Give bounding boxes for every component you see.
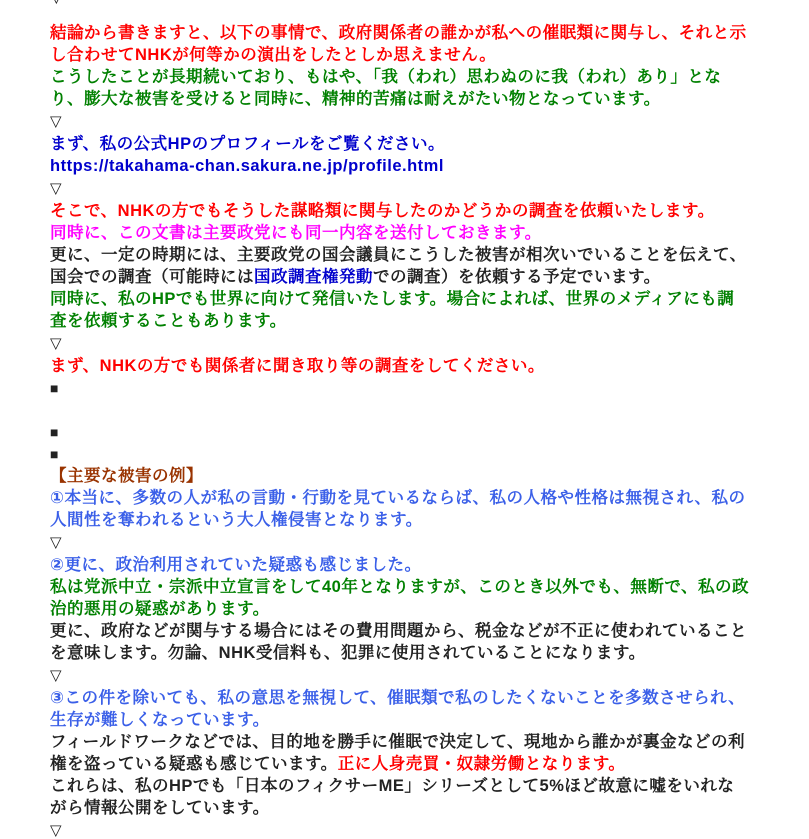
text-segment: ▽: [50, 822, 62, 839]
text-segment: 私は党派中立・宗派中立宣言をして40年となりますが、このとき以外でも、無断で、私…: [50, 578, 749, 596]
text-line: まず、NHKの方でも関係者に聞き取り等の調査をしてください。: [50, 355, 779, 377]
text-segment: り、膨大な被害を受けると同時に、精神的苦痛は耐えがたい物となっています。: [50, 90, 661, 108]
text-line: まず、私の公式HPのプロフィールをご覧ください。: [50, 133, 779, 155]
text-segment: 国政調査権発動: [254, 268, 373, 286]
text-line: 治的悪用の疑惑があります。: [50, 598, 779, 620]
text-line: ②更に、政治利用されていた疑惑も感じました。: [50, 554, 779, 576]
triangle-marker: ▽: [50, 819, 779, 839]
text-line: 生存が難しくなっています。: [50, 709, 779, 731]
text-segment: し合わせてNHKが何等かの演出をしたとしか思えません。: [50, 46, 496, 64]
document-body: ▽結論から書きますと、以下の事情で、政府関係者の誰かが私への催眠類に関与し、それ…: [0, 0, 809, 839]
text-line: 更に、政府などが関与する場合にはその費用問題から、税金などが不正に使われているこ…: [50, 620, 779, 642]
text-line: これらは、私のHPでも「日本のフィクサーME」シリーズとして5%ほど故意に嘘をい…: [50, 775, 779, 797]
text-segment: 同時に、私のHPでも世界に向けて発信いたします。場合によれば、世界のメディアにも…: [50, 290, 734, 308]
text-line: 同時に、私のHPでも世界に向けて発信いたします。場合によれば、世界のメディアにも…: [50, 288, 779, 310]
text-line: がら情報公開をしています。: [50, 797, 779, 819]
text-segment: での調査）を依頼する予定でいます。: [373, 268, 661, 286]
text-line: 査を依頼することもあります。: [50, 310, 779, 332]
text-line: り、膨大な被害を受けると同時に、精神的苦痛は耐えがたい物となっています。: [50, 88, 779, 110]
text-segment: ▽: [50, 113, 62, 130]
text-segment: 査を依頼することもあります。: [50, 312, 287, 330]
text-segment: ■: [50, 424, 59, 440]
text-segment: そこで、NHKの方でもそうした謀略類に関与したのかどうかの調査を依頼いたします。: [50, 202, 715, 220]
text-segment: 国会での調査（可能時には: [50, 268, 254, 286]
text-segment: ▽: [50, 335, 62, 352]
triangle-marker: ▽: [50, 664, 779, 687]
text-segment: がら情報公開をしています。: [50, 799, 270, 817]
text-line: フィールドワークなどでは、目的地を勝手に催眠で決定して、現地から誰かが裏金などの…: [50, 731, 779, 753]
text-segment: ▽: [50, 667, 62, 684]
text-line: そこで、NHKの方でもそうした謀略類に関与したのかどうかの調査を依頼いたします。: [50, 200, 779, 222]
text-segment: ③この件を除いても、私の意思を無視して、催眠類で私のしたくないことを多数させられ…: [50, 689, 745, 707]
square-bullet: ■: [50, 377, 779, 399]
text-segment: 同時に、この文書は主要政党にも同一内容を送付しておきます。: [50, 224, 542, 242]
triangle-marker: ▽: [50, 332, 779, 355]
text-segment: 権を盗っている疑惑も感じています。: [50, 755, 338, 773]
text-segment: ▽: [50, 534, 62, 551]
text-line: を意味します。勿論、NHK受信料も、犯罪に使用されていることになります。: [50, 642, 779, 664]
text-segment: 更に、一定の時期には、主要政党の国会議員にこうした被害が相次いでいることを伝えて…: [50, 246, 747, 264]
text-segment: フィールドワークなどでは、目的地を勝手に催眠で決定して、現地から誰かが裏金などの…: [50, 733, 745, 751]
text-segment: 治的悪用の疑惑があります。: [50, 600, 270, 618]
text-line: し合わせてNHKが何等かの演出をしたとしか思えません。: [50, 44, 779, 66]
text-segment: まず、私の公式HPのプロフィールをご覧ください。: [50, 135, 445, 153]
text-segment: ■: [50, 380, 59, 396]
text-line: ①本当に、多数の人が私の言動・行動を見ているならば、私の人格や性格は無視され、私…: [50, 487, 779, 509]
text-line: 権を盗っている疑惑も感じています。正に人身売買・奴隷労働となります。: [50, 753, 779, 775]
text-line: 結論から書きますと、以下の事情で、政府関係者の誰かが私への催眠類に関与し、それと…: [50, 22, 779, 44]
text-line: 国会での調査（可能時には国政調査権発動での調査）を依頼する予定でいます。: [50, 266, 779, 288]
text-segment: ②更に、政治利用されていた疑惑も感じました。: [50, 556, 421, 574]
text-segment: まず、NHKの方でも関係者に聞き取り等の調査をしてください。: [50, 357, 545, 375]
profile-url-text[interactable]: https://takahama-chan.sakura.ne.jp/profi…: [50, 157, 444, 175]
text-segment: ▽: [50, 0, 779, 8]
text-segment: 生存が難しくなっています。: [50, 711, 270, 729]
text-line: こうしたことが長期続いており、もはや、「我（われ）思わぬのに我（われ）あり」とな: [50, 66, 779, 88]
text-segment: こうしたことが長期続いており、もはや、「我（われ）思わぬのに我（われ）あり」とな: [50, 68, 721, 86]
square-bullet: ■: [50, 421, 779, 443]
triangle-marker-partial: ▽: [50, 0, 779, 22]
text-line: 更に、一定の時期には、主要政党の国会議員にこうした被害が相次いでいることを伝えて…: [50, 244, 779, 266]
triangle-marker: ▽: [50, 177, 779, 200]
text-segment: ①本当に、多数の人が私の言動・行動を見ているならば、私の人格や性格は無視され、私…: [50, 489, 745, 507]
section-heading: 【主要な被害の例】: [50, 465, 779, 487]
blank-line: [50, 399, 779, 421]
text-line: 私は党派中立・宗派中立宣言をして40年となりますが、このとき以外でも、無断で、私…: [50, 576, 779, 598]
text-line: ③この件を除いても、私の意思を無視して、催眠類で私のしたくないことを多数させられ…: [50, 687, 779, 709]
text-segment: 結論から書きますと、以下の事情で、政府関係者の誰かが私への催眠類に関与し、それと…: [50, 24, 747, 42]
text-segment: 更に、政府などが関与する場合にはその費用問題から、税金などが不正に使われているこ…: [50, 622, 747, 640]
text-line: 同時に、この文書は主要政党にも同一内容を送付しておきます。: [50, 222, 779, 244]
text-segment: を意味します。勿論、NHK受信料も、犯罪に使用されていることになります。: [50, 644, 646, 662]
triangle-marker: ▽: [50, 531, 779, 554]
text-segment: ■: [50, 446, 59, 462]
text-segment: 【主要な被害の例】: [50, 467, 203, 485]
text-segment: ▽: [50, 180, 62, 197]
text-segment: 正に人身売買・奴隷労働となります。: [338, 755, 626, 773]
profile-url-link[interactable]: https://takahama-chan.sakura.ne.jp/profi…: [50, 155, 779, 177]
triangle-marker: ▽: [50, 110, 779, 133]
square-bullet: ■: [50, 443, 779, 465]
text-segment: 人間性を奪われるという大人権侵害となります。: [50, 511, 423, 529]
text-line: 人間性を奪われるという大人権侵害となります。: [50, 509, 779, 531]
text-segment: これらは、私のHPでも「日本のフィクサーME」シリーズとして5%ほど故意に嘘をい…: [50, 777, 734, 795]
